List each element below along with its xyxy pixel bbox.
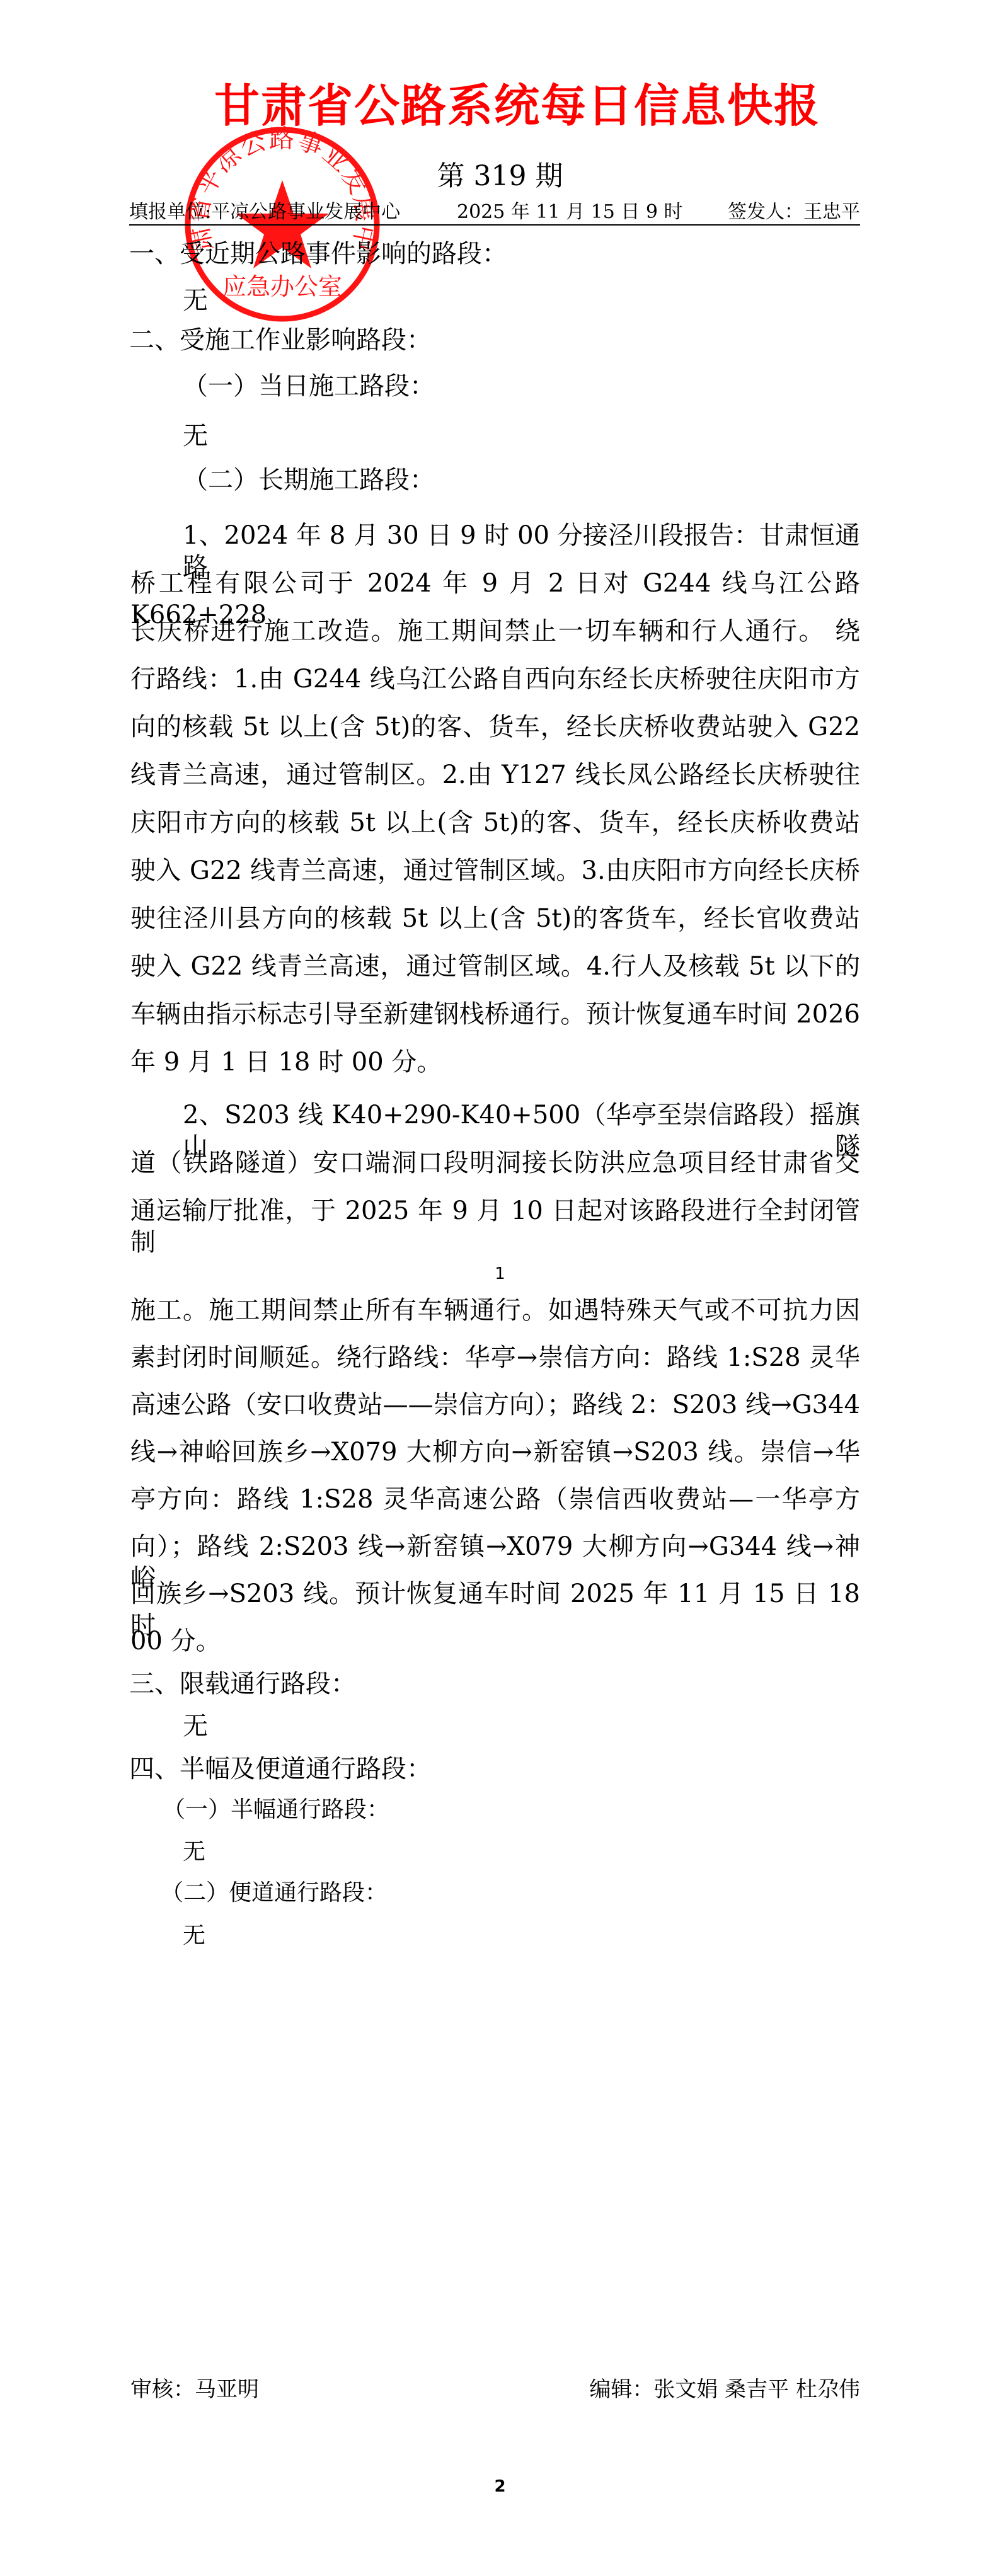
section-2-sub2-heading: （二）长期施工路段： xyxy=(183,464,435,496)
section-3-heading: 三、限载通行路段： xyxy=(129,1668,356,1700)
item1-line: 驶往泾川县方向的核载 5t 以上(含 5t)的客货车，经长官收费站 xyxy=(130,903,860,934)
page-number: 2 xyxy=(0,2477,1000,2496)
reporting-unit: 填报单位:平凉公路事业发展中心 xyxy=(129,200,400,224)
document-title: 甘肃省公路系统每日信息快报 xyxy=(214,81,788,131)
page-number: 1 xyxy=(0,1264,1000,1283)
item2-line: 00 分。 xyxy=(130,1625,860,1657)
section-2-sub1-content: 无 xyxy=(183,420,208,452)
item2-line: 亭方向：路线 1:S28 灵华高速公路（崇信西收费站—一华亭方 xyxy=(130,1484,860,1515)
editors: 编辑：张文娟 桑吉平 杜尕伟 xyxy=(589,2376,860,2403)
item2-line: 素封闭时间顺延。绕行路线：华亭→崇信方向：路线 1:S28 灵华 xyxy=(130,1342,860,1373)
item1-line: 年 9 月 1 日 18 时 00 分。 xyxy=(130,1046,860,1078)
section-1-content: 无 xyxy=(183,285,208,316)
item1-line: 向的核载 5t 以上(含 5t)的客、货车，经长庆桥收费站驶入 G22 xyxy=(130,711,860,743)
report-datetime: 2025 年 11 月 15 日 9 时 xyxy=(457,200,683,224)
item1-line: 线青兰高速，通过管制区。2.由 Y127 线长凤公路经长庆桥驶往 xyxy=(130,759,860,791)
item1-line: 庆阳市方向的核载 5t 以上(含 5t)的客、货车，经长庆桥收费站 xyxy=(130,807,860,839)
section-4-sub1-heading: （一）半幅通行路段： xyxy=(163,1795,389,1824)
section-4-sub2-heading: （二）便道通行路段： xyxy=(161,1879,388,1908)
issue-number: 第 319 期 xyxy=(0,161,1000,192)
seal-inner-text: 应急办公室 xyxy=(222,273,342,301)
section-4-heading: 四、半幅及便道通行路段： xyxy=(129,1753,432,1785)
section-4-sub1-content: 无 xyxy=(183,1838,205,1867)
item1-line: 长庆桥进行施工改造。施工期间禁止一切车辆和行人通行。 绕 xyxy=(130,615,860,647)
item2-line: 高速公路（安口收费站——崇信方向）；路线 2：S203 线→G344 xyxy=(130,1389,860,1421)
section-2-sub1-heading: （一）当日施工路段： xyxy=(183,370,435,402)
item1-line: 车辆由指示标志引导至新建钢栈桥通行。预计恢复通车时间 2026 xyxy=(130,999,860,1030)
item1-line: 驶入 G22 线青兰高速，通过管制区域。3.由庆阳市方向经长庆桥 xyxy=(130,855,860,886)
section-2-heading: 二、受施工作业影响路段： xyxy=(129,324,432,356)
item1-line: 驶入 G22 线青兰高速，通过管制区域。4.行人及核载 5t 以下的 xyxy=(130,951,860,982)
reviewer: 审核：马亚明 xyxy=(130,2376,259,2403)
item2-line: 线→神峪回族乡→X079 大柳方向→新窑镇→S203 线。崇信→华 xyxy=(130,1436,860,1468)
item2-line: 施工。施工期间禁止所有车辆通行。如遇特殊天气或不可抗力因 xyxy=(130,1295,860,1326)
section-1-heading: 一、受近期公路事件影响的路段： xyxy=(129,238,507,270)
signer: 签发人：王忠平 xyxy=(728,200,860,224)
section-3-content: 无 xyxy=(183,1710,208,1742)
section-4-sub2-content: 无 xyxy=(183,1921,205,1950)
item2-line: 通运输厅批准，于 2025 年 9 月 10 日起对该路段进行全封闭管制 xyxy=(130,1195,860,1258)
report-meta-row: 填报单位:平凉公路事业发展中心 2025 年 11 月 15 日 9 时 签发人… xyxy=(129,200,860,226)
item2-line: 道（铁路隧道）安口端洞口段明洞接长防洪应急项目经甘肃省交 xyxy=(130,1147,860,1179)
item1-line: 行路线：1.由 G244 线乌江公路自西向东经长庆桥驶往庆阳市方 xyxy=(130,663,860,695)
